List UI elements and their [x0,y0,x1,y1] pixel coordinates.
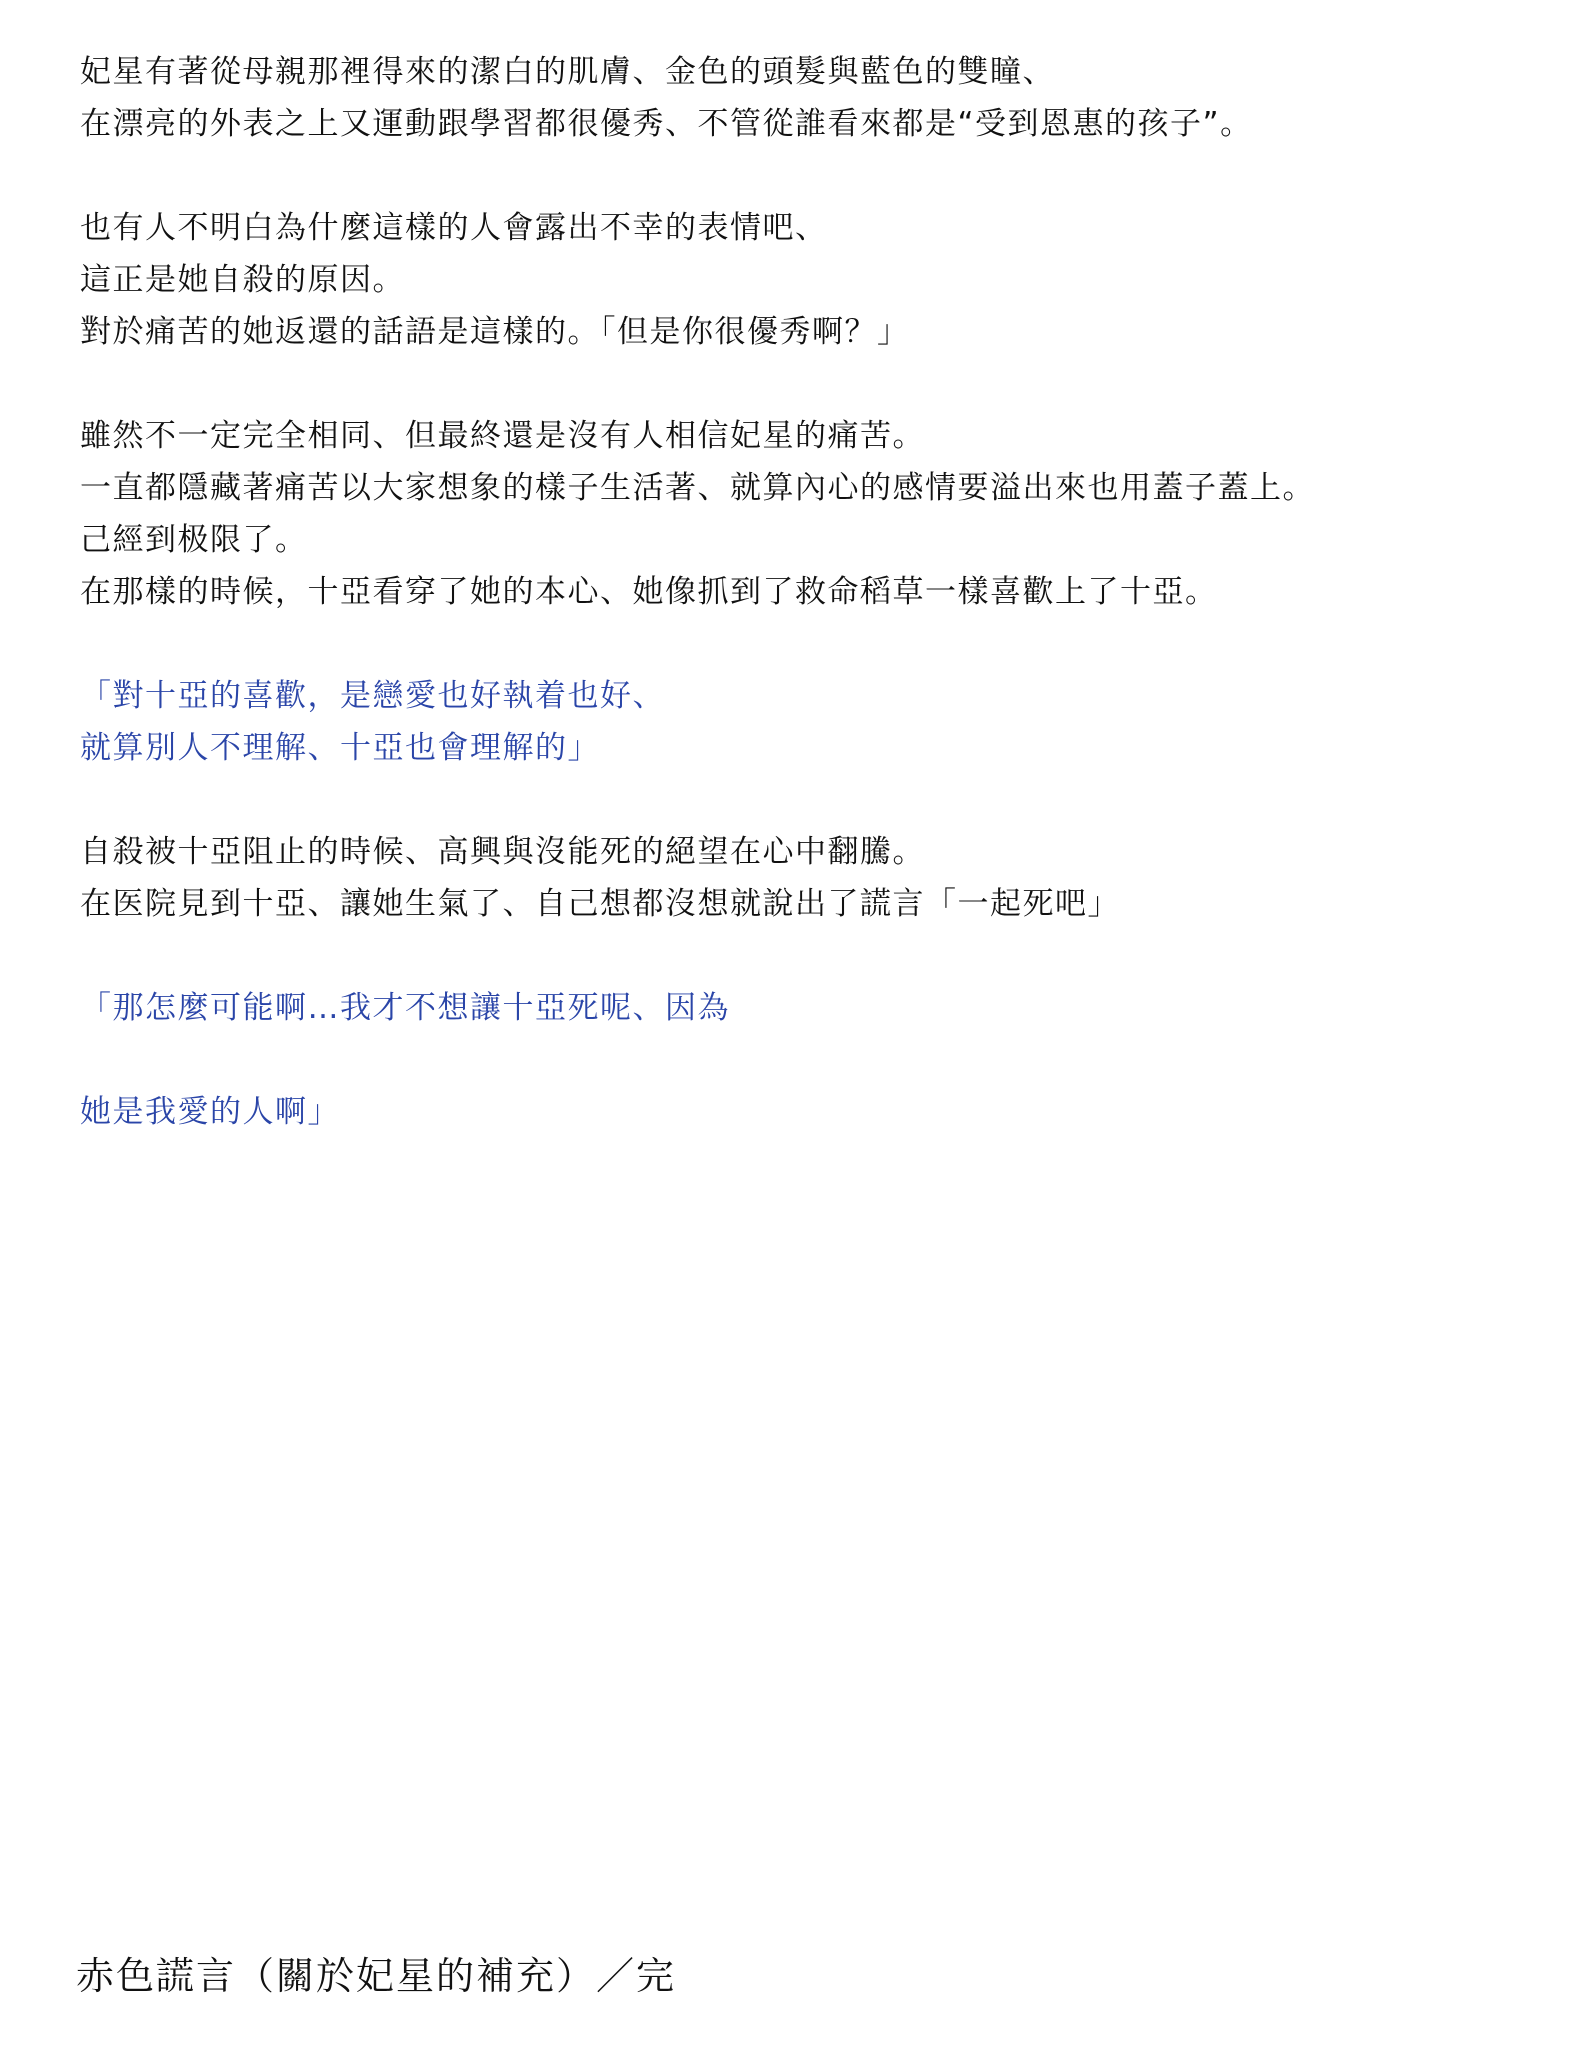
text-line: 這正是她自殺的原因。 [80,254,1540,306]
text-line: 己經到极限了。 [80,514,1540,566]
paragraph-spacer [80,358,1540,410]
text-line: 在医院見到十亞、讓她生氣了、自己想都沒想就說出了謊言「一起死吧」 [80,878,1540,930]
paragraph-spacer [80,774,1540,826]
text-line: 妃星有著從母親那裡得來的潔白的肌膚、金色的頭髮與藍色的雙瞳、 [80,46,1540,98]
text-line: 對於痛苦的她返還的話語是這樣的。「但是你很優秀啊？」 [80,306,1540,358]
quote-2: 「那怎麼可能啊…我才不想讓十亞死呢、因為 [80,982,1540,1034]
paragraph-3: 雖然不一定完全相同、但最終還是沒有人相信妃星的痛苦。 一直都隱藏著痛苦以大家想象… [80,410,1540,618]
text-line: 也有人不明白為什麼這樣的人會露出不幸的表情吧、 [80,202,1540,254]
paragraph-1: 妃星有著從母親那裡得來的潔白的肌膚、金色的頭髮與藍色的雙瞳、 在漂亮的外表之上又… [80,46,1540,150]
paragraph-4: 自殺被十亞阻止的時候、高興與沒能死的絕望在心中翻騰。 在医院見到十亞、讓她生氣了… [80,826,1540,930]
text-line: 自殺被十亞阻止的時候、高興與沒能死的絕望在心中翻騰。 [80,826,1540,878]
paragraph-spacer [80,150,1540,202]
quote-line: 就算別人不理解、十亞也會理解的」 [80,722,1540,774]
text-line: 雖然不一定完全相同、但最終還是沒有人相信妃星的痛苦。 [80,410,1540,462]
paragraph-spacer [80,1034,1540,1086]
document-body: 妃星有著從母親那裡得來的潔白的肌膚、金色的頭髮與藍色的雙瞳、 在漂亮的外表之上又… [80,46,1540,1138]
quote-3: 她是我愛的人啊」 [80,1086,1540,1138]
quote-line: 「那怎麼可能啊…我才不想讓十亞死呢、因為 [80,982,1540,1034]
end-title: 赤色謊言（關於妃星的補充）／完 [76,1948,676,2004]
paragraph-spacer [80,618,1540,670]
quote-line: 「對十亞的喜歡，是戀愛也好執着也好、 [80,670,1540,722]
text-line: 在那樣的時候，十亞看穿了她的本心、她像抓到了救命稻草一樣喜歡上了十亞。 [80,566,1540,618]
quote-line: 她是我愛的人啊」 [80,1086,1540,1138]
paragraph-spacer [80,930,1540,982]
quote-1: 「對十亞的喜歡，是戀愛也好執着也好、 就算別人不理解、十亞也會理解的」 [80,670,1540,774]
text-line: 在漂亮的外表之上又運動跟學習都很優秀、不管從誰看來都是“受到恩惠的孩子”。 [80,98,1540,150]
text-line: 一直都隱藏著痛苦以大家想象的樣子生活著、就算內心的感情要溢出來也用蓋子蓋上。 [80,462,1540,514]
paragraph-2: 也有人不明白為什麼這樣的人會露出不幸的表情吧、 這正是她自殺的原因。 對於痛苦的… [80,202,1540,358]
